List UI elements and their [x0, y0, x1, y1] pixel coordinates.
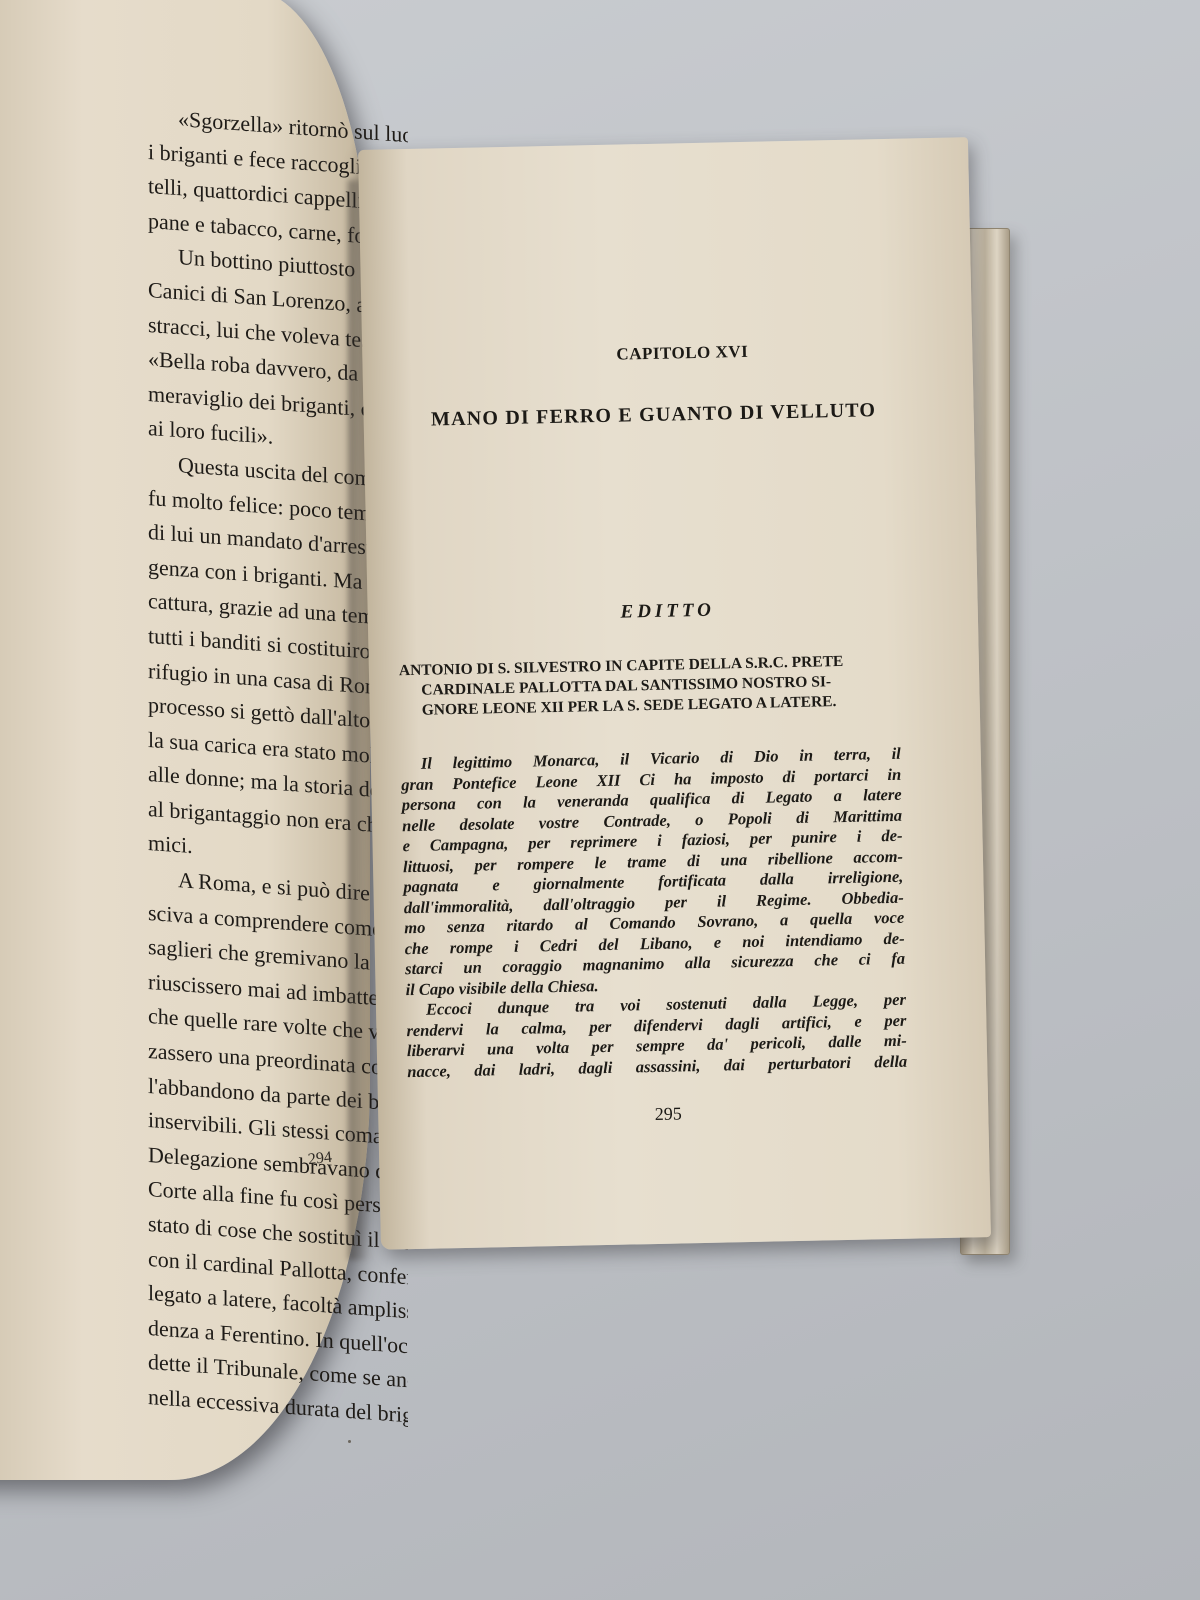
- decree-body: Il legittimo Monarca, il Vicario di Dio …: [401, 744, 908, 1082]
- right-page-content: CAPITOLO XVI MANO DI FERRO E GUANTO DI V…: [388, 138, 928, 149]
- section-title: EDITTO: [518, 597, 818, 625]
- right-page: CAPITOLO XVI MANO DI FERRO E GUANTO DI V…: [358, 137, 991, 1250]
- right-page-number: 295: [628, 1103, 708, 1126]
- chapter-title: MANO DI FERRO E GUANTO DI VELLUTO: [403, 399, 903, 432]
- left-page-number: 294: [307, 1149, 333, 1169]
- decree-heading: ANTONIO DI S. SILVESTRO IN CAPITE DELLA …: [399, 651, 900, 721]
- photo-scene: «Sgorzella» ritornò sul luogo i briganti…: [0, 0, 1200, 1600]
- dust-speck: [348, 1440, 351, 1443]
- chapter-label: CAPITOLO XVI: [532, 340, 832, 366]
